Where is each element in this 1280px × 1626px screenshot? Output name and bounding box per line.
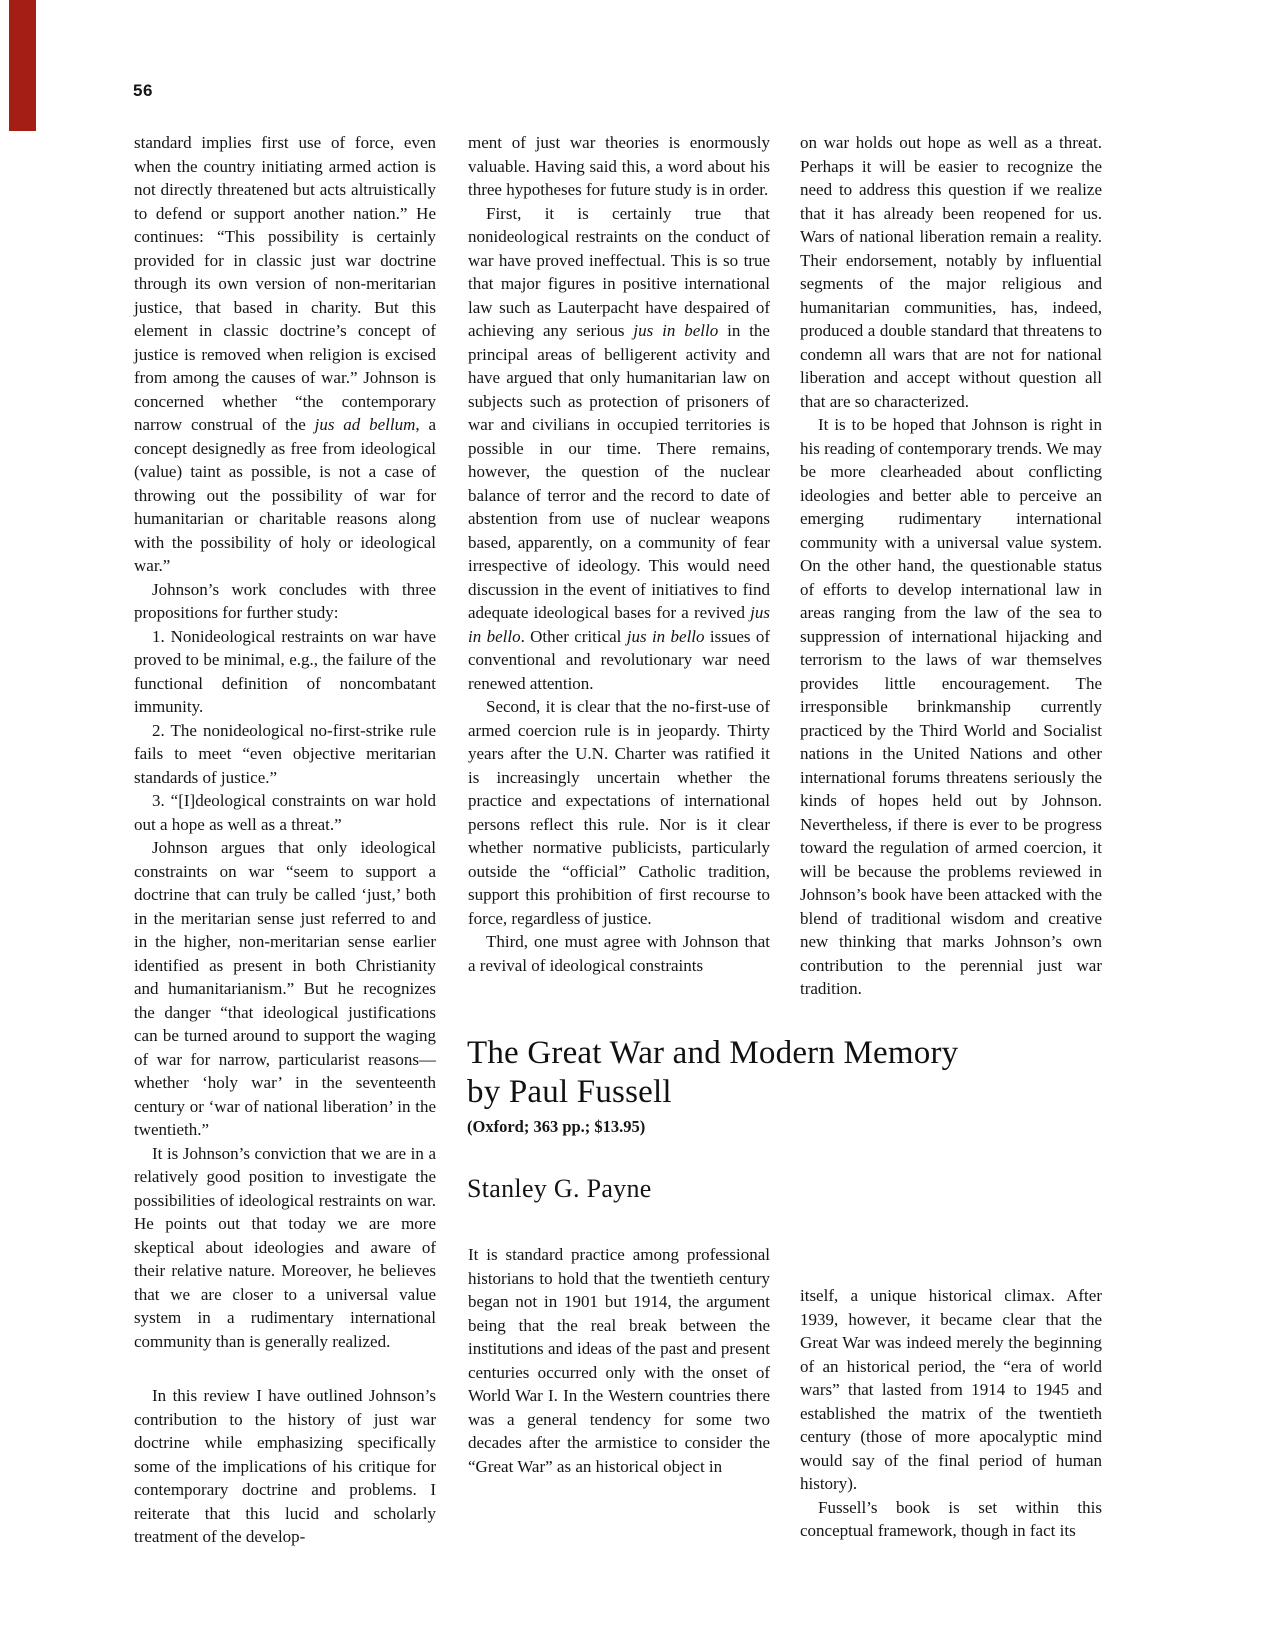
text-run: 2. The nonideological no-first-strike ru…: [134, 721, 436, 787]
paragraph: It is to be hoped that Johnson is right …: [800, 413, 1102, 1001]
paragraph: on war holds out hope as well as a threa…: [800, 131, 1102, 413]
review-column-right: itself, a unique historical climax. Afte…: [800, 1284, 1102, 1543]
book-title-line-1: The Great War and Modern Memory: [467, 1035, 958, 1071]
text-run: Third, one must agree with Johnson that …: [468, 932, 770, 975]
text-run: It is Johnson’s conviction that we are i…: [134, 1144, 436, 1351]
text-run: itself, a unique historical climax. Afte…: [800, 1286, 1102, 1493]
italic-phrase: jus ad bellum: [315, 415, 416, 434]
text-run: in the principal areas of belligerent ac…: [468, 321, 770, 622]
italic-phrase: jus in bello: [627, 627, 705, 646]
paragraph: Second, it is clear that the no-first-us…: [468, 695, 770, 930]
paragraph: itself, a unique historical climax. Afte…: [800, 1284, 1102, 1496]
text-run: In this review I have outlined Johnson’s…: [134, 1386, 436, 1546]
paragraph: First, it is certainly true that nonideo…: [468, 202, 770, 696]
book-title: The Great War and Modern Memoryby Paul F…: [467, 1034, 1107, 1112]
paragraph: 1. Nonideological restraints on war have…: [134, 625, 436, 719]
review-column-left: It is standard practice among profession…: [468, 1243, 770, 1478]
text-run: standard implies first use of force, eve…: [134, 133, 436, 434]
publication-info: (Oxford; 363 pp.; $13.95): [467, 1117, 1107, 1137]
text-run: 1. Nonideological restraints on war have…: [134, 627, 436, 717]
text-run: Fussell’s book is set within this concep…: [800, 1498, 1102, 1541]
paragraph: 2. The nonideological no-first-strike ru…: [134, 719, 436, 790]
text-run: ment of just war theories is enormously …: [468, 133, 770, 199]
scanned-journal-page: 56 standard implies first use of force, …: [0, 0, 1280, 1626]
article-column-3: on war holds out hope as well as a threa…: [800, 131, 1102, 1001]
article-column-2: ment of just war theories is enormously …: [468, 131, 770, 977]
paragraph: Fussell’s book is set within this concep…: [800, 1496, 1102, 1543]
text-run: , a concept designedly as free from ideo…: [134, 415, 436, 575]
paragraph: In this review I have outlined Johnson’s…: [134, 1384, 436, 1549]
text-run: . Other critical: [521, 627, 627, 646]
text-run: on war holds out hope as well as a threa…: [800, 133, 1102, 411]
page-number: 56: [133, 81, 153, 101]
paragraph: It is standard practice among profession…: [468, 1243, 770, 1478]
paragraph: standard implies first use of force, eve…: [134, 131, 436, 578]
text-run: 3. “[I]deological constraints on war hol…: [134, 791, 436, 834]
paragraph: It is Johnson’s conviction that we are i…: [134, 1142, 436, 1354]
text-run: Second, it is clear that the no-first-us…: [468, 697, 770, 928]
review-header: The Great War and Modern Memoryby Paul F…: [467, 1034, 1107, 1137]
italic-phrase: jus in bello: [633, 321, 718, 340]
article-column-1: standard implies first use of force, eve…: [134, 131, 436, 1549]
paragraph: ment of just war theories is enormously …: [468, 131, 770, 202]
red-corner-mark: [9, 0, 36, 131]
paragraph: Third, one must agree with Johnson that …: [468, 930, 770, 977]
text-run: Johnson’s work concludes with three prop…: [134, 580, 436, 623]
paragraph: 3. “[I]deological constraints on war hol…: [134, 789, 436, 836]
text-run: Johnson argues that only ideological con…: [134, 838, 436, 1139]
paragraph: Johnson argues that only ideological con…: [134, 836, 436, 1142]
text-run: It is standard practice among profession…: [468, 1245, 770, 1476]
book-author-line: by Paul Fussell: [467, 1074, 672, 1110]
text-run: It is to be hoped that Johnson is right …: [800, 415, 1102, 998]
paragraph: Johnson’s work concludes with three prop…: [134, 578, 436, 625]
reviewer-name: Stanley G. Payne: [467, 1174, 652, 1204]
text-run: First, it is certainly true that nonideo…: [468, 204, 770, 341]
